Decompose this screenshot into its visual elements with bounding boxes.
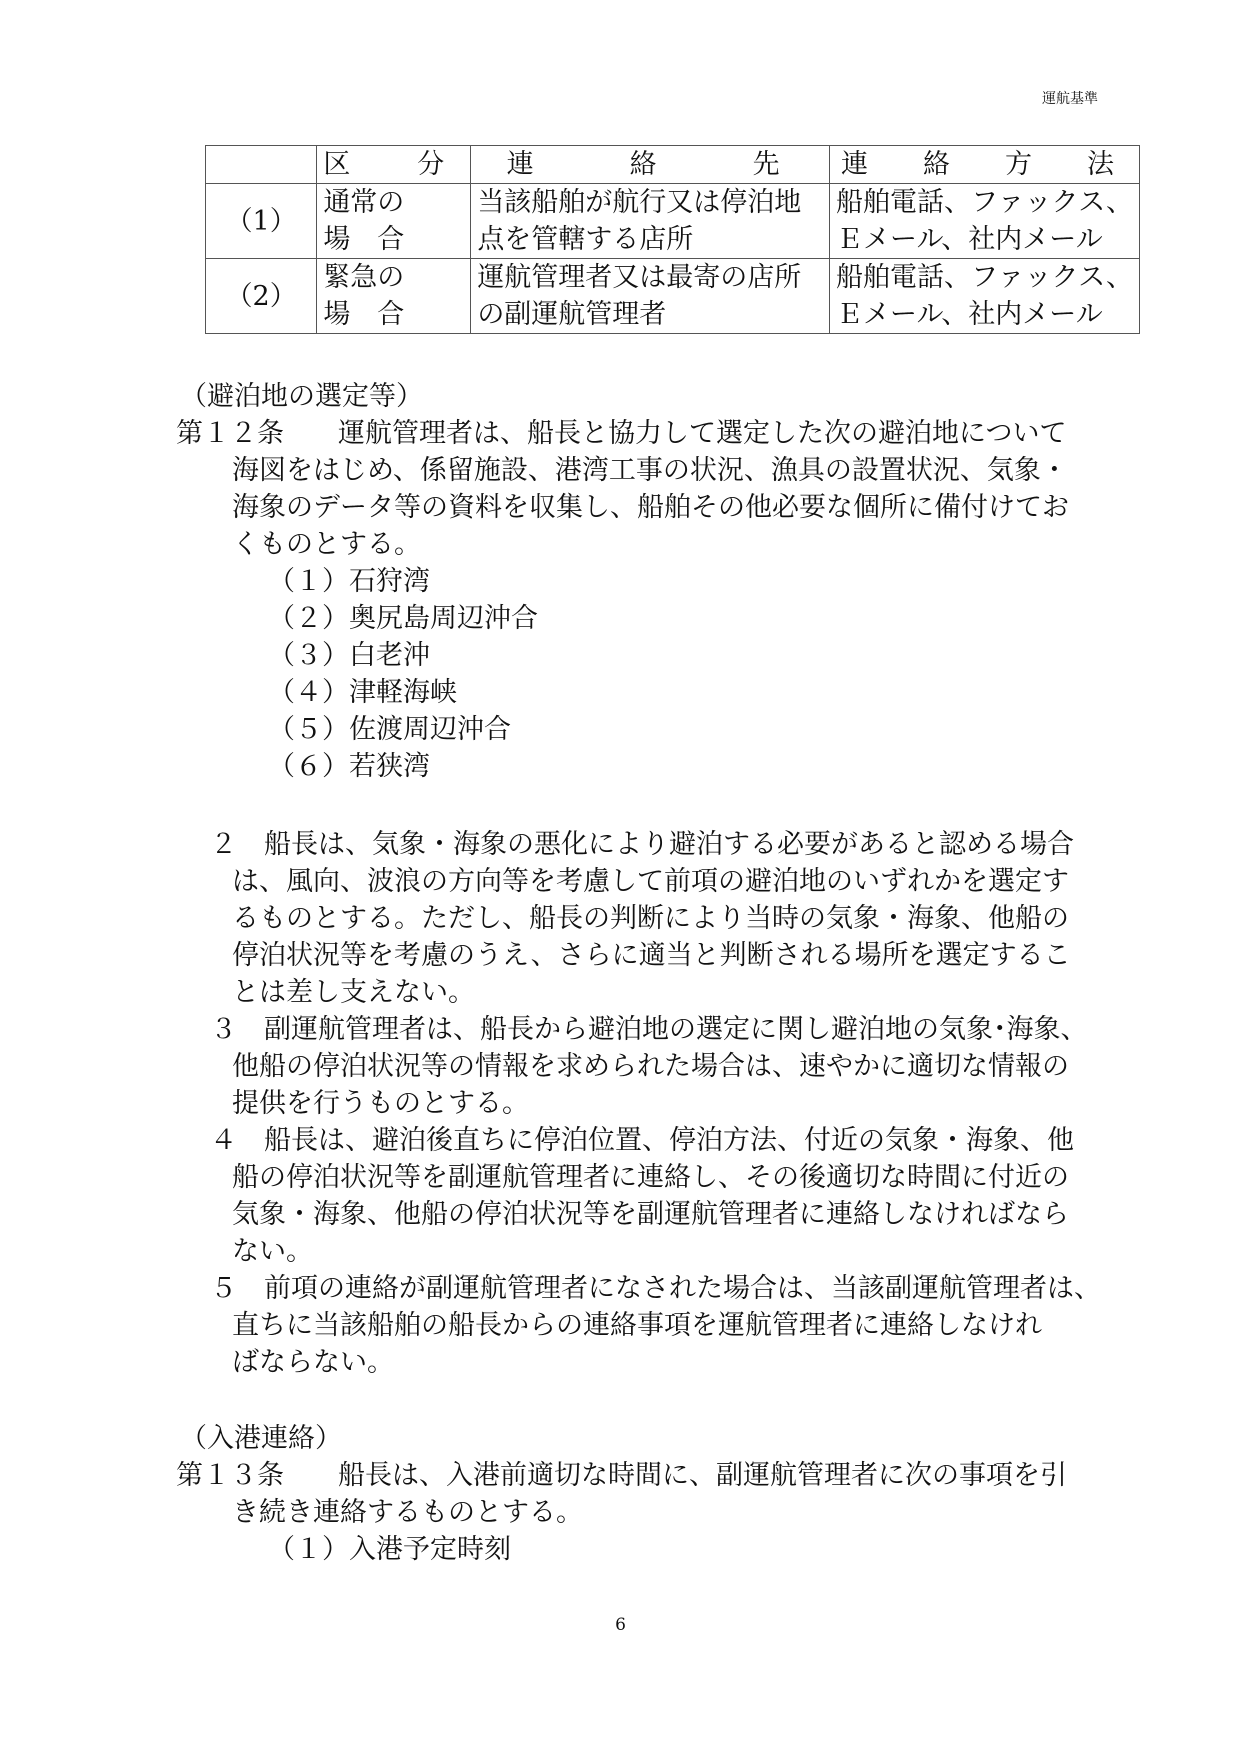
list-item: （２）奥尻島周辺沖合 — [268, 600, 538, 637]
row-method: 船舶電話、ファックス、Ｅメール、社内メール — [830, 259, 1140, 334]
page-number: 6 — [0, 1615, 1241, 1635]
table-row: （2） 緊急の場 合 運航管理者又は最寄の店所の副運航管理者 船舶電話、ファック… — [206, 259, 1140, 334]
list-item: （１）入港予定時刻 — [268, 1531, 511, 1568]
paragraph-5: ばならない。 — [232, 1344, 394, 1381]
paragraph-3: 他船の停泊状況等の情報を求められた場合は、速やかに適切な情報の — [232, 1048, 1069, 1085]
list-item: （５）佐渡周辺沖合 — [268, 711, 511, 748]
paragraph-4: ない。 — [232, 1233, 313, 1270]
article-13-text: 第１３条 船長は、入港前適切な時間に、副運航管理者に次の事項を引 — [176, 1457, 1067, 1494]
article-13-caption: （入港連絡） — [180, 1420, 342, 1457]
table-header-cell: 区 分 — [317, 146, 471, 184]
paragraph-4: 船の停泊状況等を副運航管理者に連絡し、その後適切な時間に付近の — [232, 1159, 1069, 1196]
list-item: （４）津軽海峡 — [268, 674, 457, 711]
paragraph-5: 直ちに当該船舶の船長からの連絡事項を運航管理者に連絡しなけれ — [232, 1307, 1042, 1344]
paragraph-4: 気象・海象、他船の停泊状況等を副運航管理者に連絡しなければなら — [232, 1196, 1069, 1233]
list-item: （６）若狭湾 — [268, 748, 430, 785]
paragraph-2: るものとする。ただし、船長の判断により当時の気象・海象、他船の — [232, 900, 1069, 937]
paragraph-2: 停泊状況等を考慮のうえ、さらに適当と判断される場所を選定するこ — [232, 937, 1071, 974]
table-header-cell: 連 絡 先 — [471, 146, 830, 184]
table-header-cell: 連 絡 方 法 — [830, 146, 1140, 184]
paragraph-2: とは差し支えない。 — [232, 974, 475, 1011]
paragraph-2: は、風向、波浪の方向等を考慮して前項の避泊地のいずれかを選定す — [232, 863, 1069, 900]
article-12-text: 第１２条 運航管理者は、船長と協力して選定した次の避泊地について — [176, 415, 1066, 452]
row-number: （1） — [206, 184, 317, 259]
article-12-text: くものとする。 — [232, 526, 421, 563]
paragraph-2: ２ 船長は、気象・海象の悪化により避泊する必要があると認める場合 — [210, 826, 1074, 863]
paragraph-3: ３ 副運航管理者は、船長から避泊地の選定に関し避泊地の気象･海象、 — [210, 1011, 1088, 1048]
article-13-text: き続き連絡するものとする。 — [232, 1494, 583, 1531]
contact-table: 区 分 連 絡 先 連 絡 方 法 （1） 通常の場 合 当該船舶が航行又は停泊… — [205, 145, 1140, 334]
table-row: （1） 通常の場 合 当該船舶が航行又は停泊地点を管轄する店所 船舶電話、ファッ… — [206, 184, 1140, 259]
article-12-text: 海図をはじめ、係留施設、港湾工事の状況、漁具の設置状況、気象・ — [232, 452, 1068, 489]
row-number: （2） — [206, 259, 317, 334]
table-header-cell — [206, 146, 317, 184]
paragraph-3: 提供を行うものとする。 — [232, 1085, 529, 1122]
list-item: （３）白老沖 — [268, 637, 430, 674]
article-12-caption: （避泊地の選定等） — [180, 378, 423, 415]
paragraph-5: ５ 前項の連絡が副運航管理者になされた場合は、当該副運航管理者は、 — [210, 1270, 1101, 1307]
row-method: 船舶電話、ファックス、Ｅメール、社内メール — [830, 184, 1140, 259]
article-12-text: 海象のデータ等の資料を収集し、船舶その他必要な個所に備付けてお — [232, 489, 1069, 526]
row-destination: 運航管理者又は最寄の店所の副運航管理者 — [471, 259, 830, 334]
table-header-row: 区 分 連 絡 先 連 絡 方 法 — [206, 146, 1140, 184]
running-header: 運航基準 — [1042, 88, 1098, 108]
row-category: 緊急の場 合 — [317, 259, 471, 334]
paragraph-4: ４ 船長は、避泊後直ちに停泊位置、停泊方法、付近の気象・海象、他 — [210, 1122, 1074, 1159]
row-destination: 当該船舶が航行又は停泊地点を管轄する店所 — [471, 184, 830, 259]
row-category: 通常の場 合 — [317, 184, 471, 259]
list-item: （１）石狩湾 — [268, 563, 430, 600]
